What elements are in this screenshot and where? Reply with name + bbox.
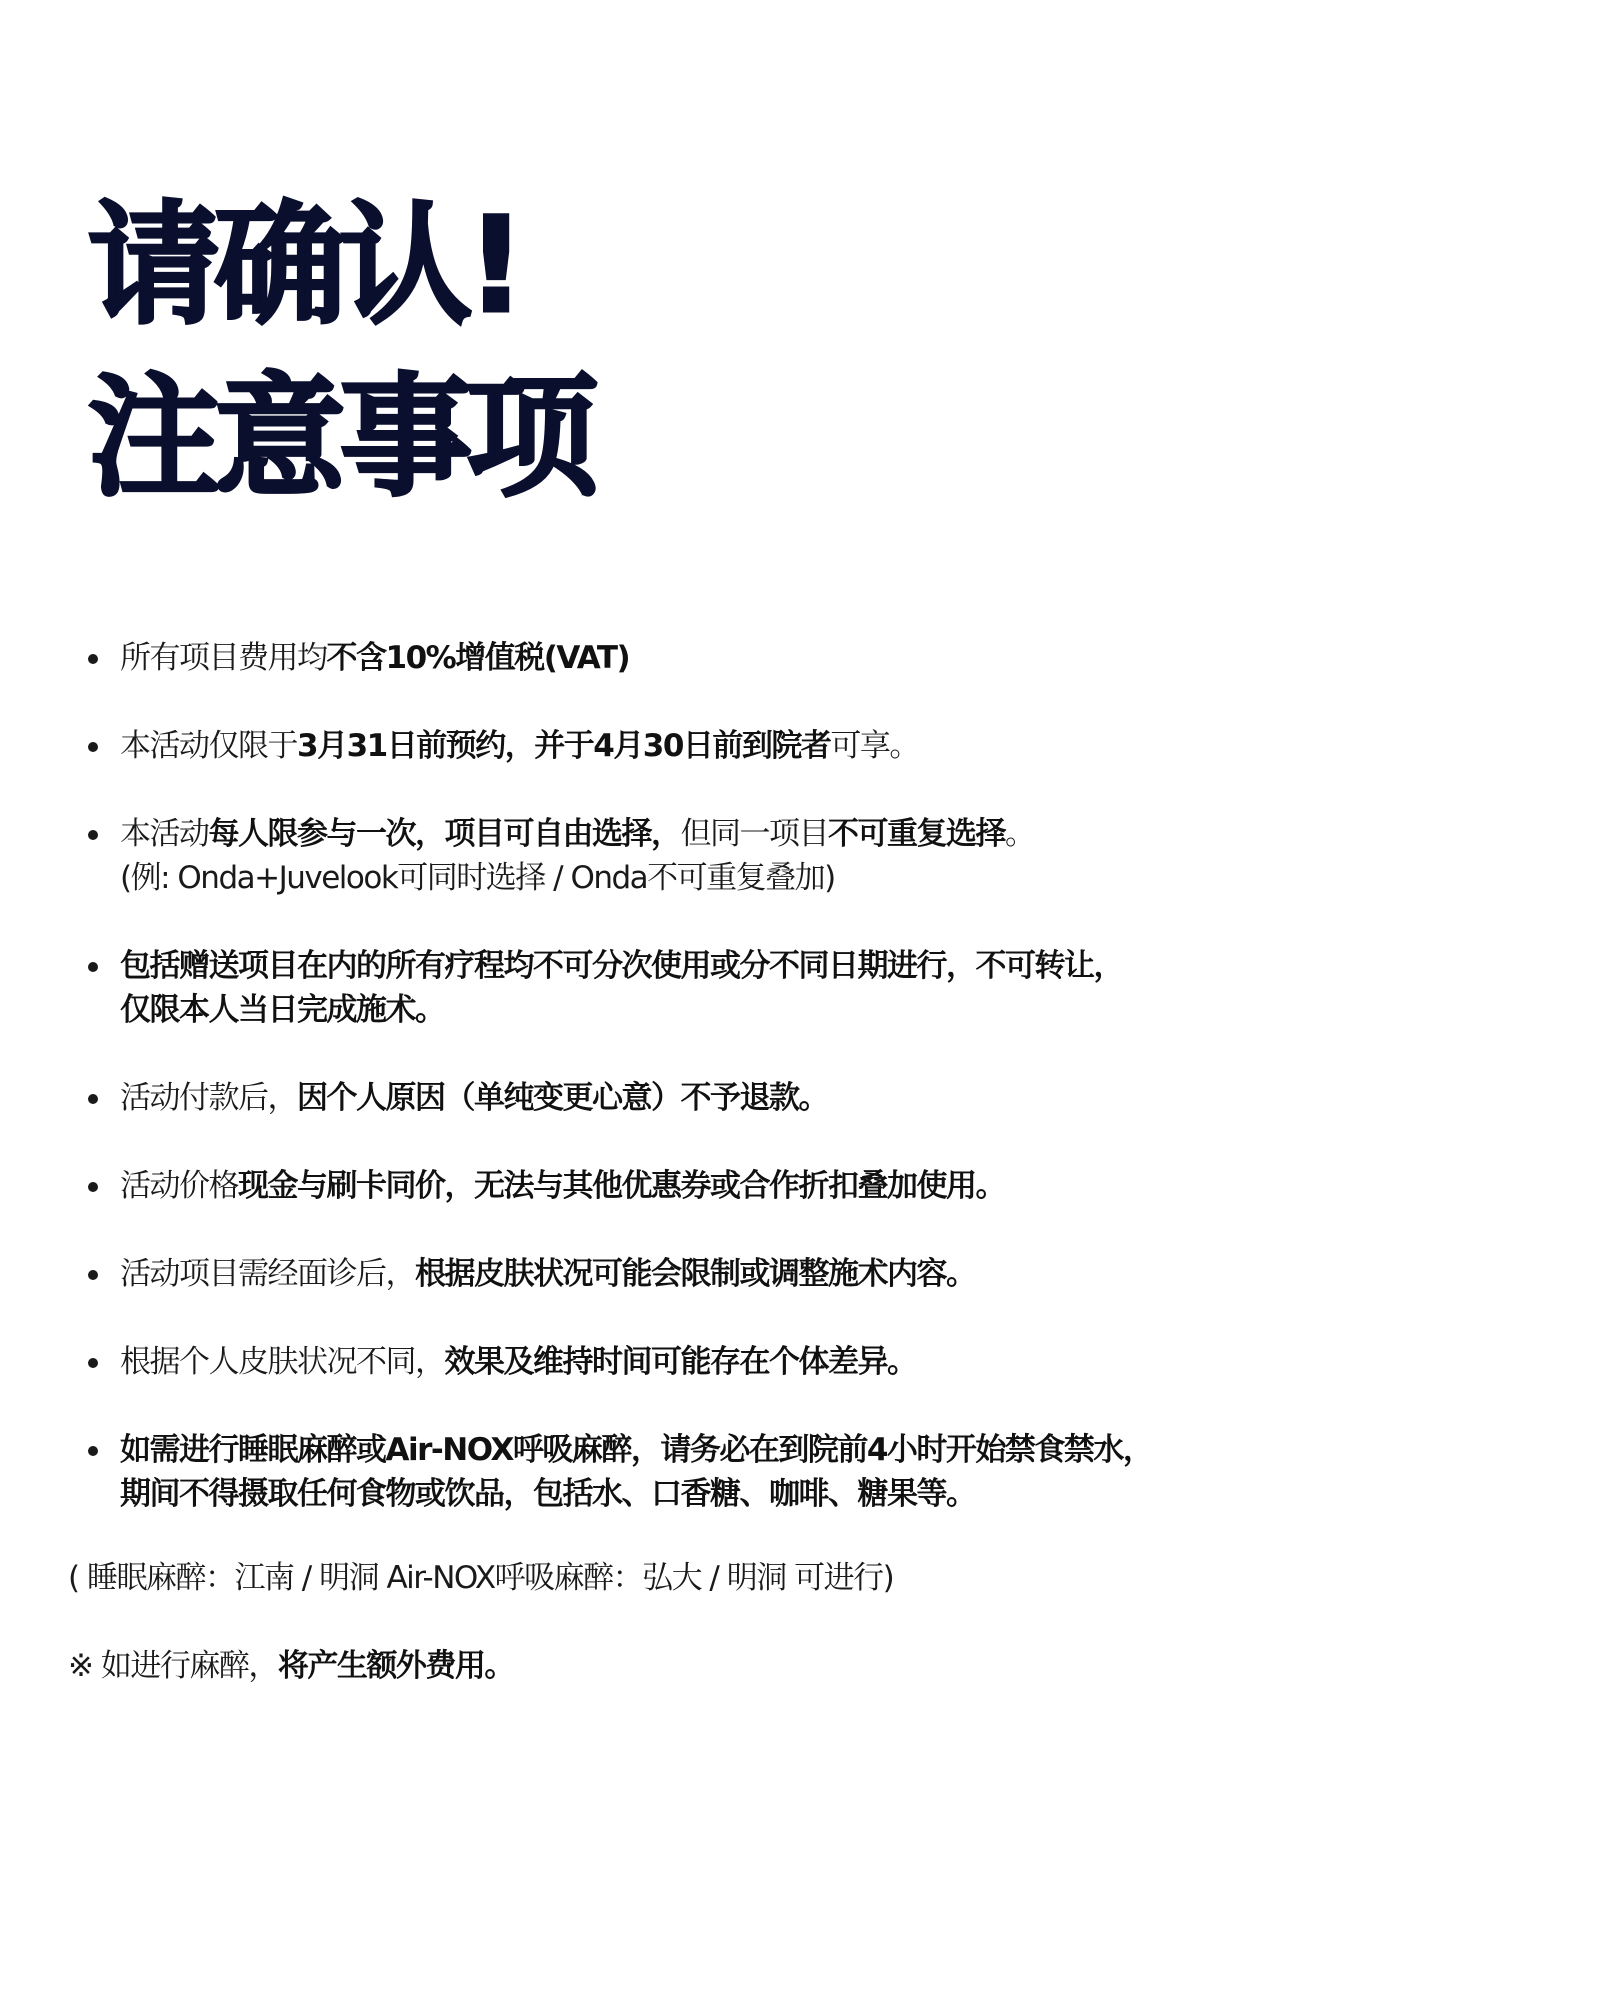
bullet-dot-icon [88,654,98,664]
notice-item: 所有项目费用均不含10%增值税(VAT) [84,636,1484,680]
bullet-dot-icon [88,830,98,840]
emphasis-text: 如需进行睡眠麻醉或Air-NOX呼吸麻醉，请务必在到院前4小时开始禁食禁水， [120,1432,1152,1468]
title-line-notice: 注意事项 [88,352,592,524]
body-text: 可享。 [830,728,919,764]
bullet-dot-icon [88,1270,98,1280]
notice-item: 本活动每人限参与一次，项目可自由选择，但同一项目不可重复选择。(例: Onda+… [84,812,1484,900]
emphasis-text: 3月31日前预约，并于4月30日前到院者 [297,728,830,764]
notice-line: (例: Onda+Juvelook可同时选择 / Onda不可重复叠加) [120,856,1484,900]
notice-item: 活动付款后，因个人原因（单纯变更心意）不予退款。 [84,1076,1484,1120]
body-text: ( 睡眠麻醉：江南 / 明洞 Air-NOX呼吸麻醉：弘大 / 明洞 可进行) [68,1560,893,1596]
notice-list: 所有项目费用均不含10%增值税(VAT)本活动仅限于3月31日前预约，并于4月3… [84,636,1484,1560]
emphasis-text: 现金与刷卡同价，无法与其他优惠券或合作折扣叠加使用。 [238,1168,1005,1204]
notice-item: 本活动仅限于3月31日前预约，并于4月30日前到院者可享。 [84,724,1484,768]
body-text: (例: Onda+Juvelook可同时选择 / Onda不可重复叠加) [120,860,835,896]
emphasis-text: 将产生额外费用。 [278,1648,514,1684]
emphasis-text: 根据皮肤状况可能会限制或调整施术内容。 [415,1256,976,1292]
notice-line: 活动价格现金与刷卡同价，无法与其他优惠券或合作折扣叠加使用。 [120,1164,1484,1208]
notice-item: 根据个人皮肤状况不同，效果及维持时间可能存在个体差异。 [84,1340,1484,1384]
emphasis-text: 效果及维持时间可能存在个体差异。 [445,1344,917,1380]
body-text: 活动付款后， [120,1080,297,1116]
bullet-dot-icon [88,742,98,752]
notice-item: 活动价格现金与刷卡同价，无法与其他优惠券或合作折扣叠加使用。 [84,1164,1484,1208]
bullet-dot-icon [88,962,98,972]
anesthesia-clinics-note: ( 睡眠麻醉：江南 / 明洞 Air-NOX呼吸麻醉：弘大 / 明洞 可进行) [68,1556,893,1600]
notice-line: 活动付款后，因个人原因（单纯变更心意）不予退款。 [120,1076,1484,1120]
emphasis-text: 每人限参与一次，项目可自由选择， [209,816,681,852]
notice-line: 期间不得摄取任何食物或饮品，包括水、口香糖、咖啡、糖果等。 [120,1472,1484,1516]
title-line-confirm: 请确认! [88,180,592,352]
emphasis-text: 不含10%增值税(VAT) [327,640,630,676]
notice-line: 所有项目费用均不含10%增值税(VAT) [120,636,1484,680]
notice-item: 包括赠送项目在内的所有疗程均不可分次使用或分不同日期进行，不可转让，仅限本人当日… [84,944,1484,1032]
notice-line: 包括赠送项目在内的所有疗程均不可分次使用或分不同日期进行，不可转让， [120,944,1484,988]
notice-item: 如需进行睡眠麻醉或Air-NOX呼吸麻醉，请务必在到院前4小时开始禁食禁水，期间… [84,1428,1484,1516]
body-text: 但同一项目 [681,816,829,852]
emphasis-text: 包括赠送项目在内的所有疗程均不可分次使用或分不同日期进行，不可转让， [120,948,1123,984]
bullet-dot-icon [88,1446,98,1456]
body-text: ※ 如进行麻醉， [68,1648,278,1684]
body-text: 活动项目需经面诊后， [120,1256,415,1292]
emphasis-text: 不可重复选择 [828,816,1005,852]
body-text: 所有项目费用均 [120,640,327,676]
notice-line: 如需进行睡眠麻醉或Air-NOX呼吸麻醉，请务必在到院前4小时开始禁食禁水， [120,1428,1484,1472]
emphasis-text: 仅限本人当日完成施术。 [120,992,445,1028]
bullet-dot-icon [88,1094,98,1104]
bullet-dot-icon [88,1182,98,1192]
body-text: 本活动 [120,816,209,852]
notice-line: 仅限本人当日完成施术。 [120,988,1484,1032]
body-text: 活动价格 [120,1168,238,1204]
emphasis-text: 因个人原因（单纯变更心意）不予退款。 [297,1080,828,1116]
bullet-dot-icon [88,1358,98,1368]
notice-line: 本活动每人限参与一次，项目可自由选择，但同一项目不可重复选择。 [120,812,1484,856]
body-text: 根据个人皮肤状况不同， [120,1344,445,1380]
notice-line: 活动项目需经面诊后，根据皮肤状况可能会限制或调整施术内容。 [120,1252,1484,1296]
page-title: 请确认! 注意事项 [88,180,592,524]
notice-line: 根据个人皮肤状况不同，效果及维持时间可能存在个体差异。 [120,1340,1484,1384]
body-text: 。 [1005,816,1035,852]
body-text: 本活动仅限于 [120,728,297,764]
anesthesia-extra-fee-note: ※ 如进行麻醉，将产生额外费用。 [68,1644,514,1688]
emphasis-text: 期间不得摄取任何食物或饮品，包括水、口香糖、咖啡、糖果等。 [120,1476,976,1512]
notice-item: 活动项目需经面诊后，根据皮肤状况可能会限制或调整施术内容。 [84,1252,1484,1296]
notice-line: 本活动仅限于3月31日前预约，并于4月30日前到院者可享。 [120,724,1484,768]
